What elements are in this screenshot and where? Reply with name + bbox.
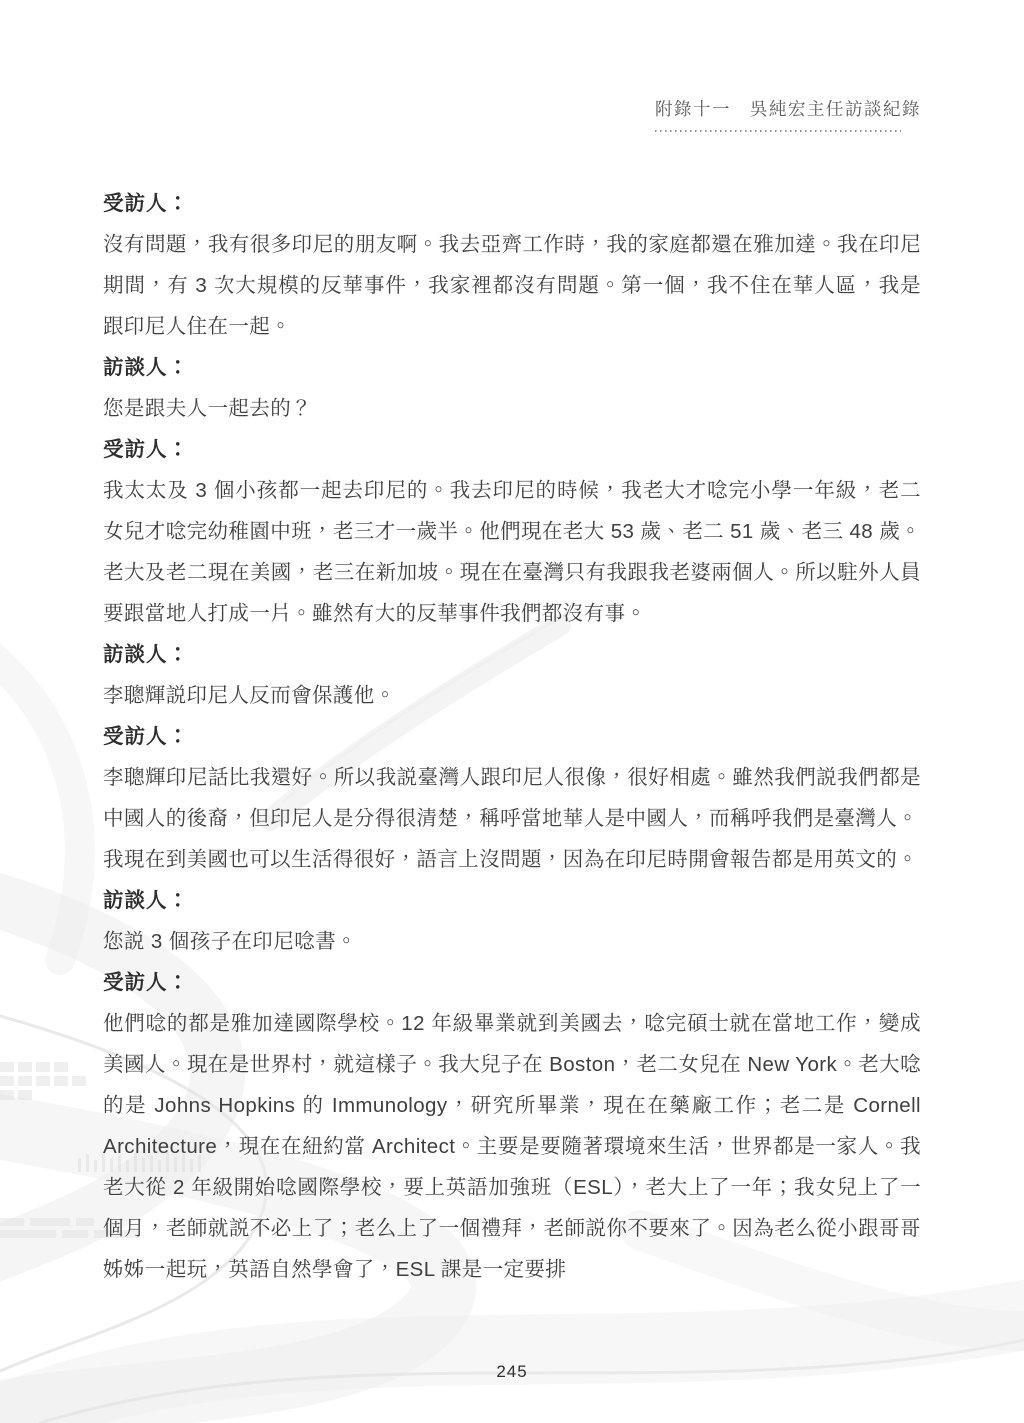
- dialogue-turn: 受訪人： 沒有問題，我有很多印尼的朋友啊。我去亞齊工作時，我的家庭都還在雅加達。…: [103, 183, 921, 347]
- dialogue-paragraph: 我太太及 3 個小孩都一起去印尼的。我去印尼的時候，我老大才唸完小學一年級，老二…: [103, 470, 921, 634]
- dialogue-turn: 訪談人： 李聰輝説印尼人反而會保護他。: [103, 634, 921, 716]
- dialogue-turn: 訪談人： 您是跟夫人一起去的？: [103, 347, 921, 429]
- dialogue-paragraph: 李聰輝説印尼人反而會保護他。: [103, 675, 921, 716]
- dialogue-turn: 受訪人： 他們唸的都是雅加達國際學校。12 年級畢業就到美國去，唸完碩士就在當地…: [103, 962, 921, 1290]
- transcript-body: 受訪人： 沒有問題，我有很多印尼的朋友啊。我去亞齊工作時，我的家庭都還在雅加達。…: [103, 183, 921, 1290]
- dialogue-paragraph: 我現在到美國也可以生活得很好，語言上沒問題，因為在印尼時開會報告都是用英文的。: [103, 839, 921, 880]
- dialogue-paragraph: 李聰輝印尼話比我還好。所以我説臺灣人跟印尼人很像，很好相處。雖然我們説我們都是中…: [103, 757, 921, 839]
- dialogue-paragraph: 您是跟夫人一起去的？: [103, 388, 921, 429]
- chapter-title: 附錄十一 吳純宏主任訪談紀錄: [655, 96, 921, 121]
- page-number: 245: [0, 1362, 1024, 1382]
- speaker-label: 受訪人：: [103, 962, 921, 1003]
- dialogue-paragraph: 沒有問題，我有很多印尼的朋友啊。我去亞齊工作時，我的家庭都還在雅加達。我在印尼期…: [103, 224, 921, 347]
- dialogue-turn: 受訪人： 李聰輝印尼話比我還好。所以我説臺灣人跟印尼人很像，很好相處。雖然我們説…: [103, 716, 921, 880]
- speaker-label: 訪談人：: [103, 880, 921, 921]
- speaker-label: 受訪人：: [103, 429, 921, 470]
- running-header: 附錄十一 吳純宏主任訪談紀錄: [655, 96, 921, 132]
- speaker-label: 訪談人：: [103, 634, 921, 675]
- dotted-rule: [655, 130, 901, 132]
- dialogue-turn: 受訪人： 我太太及 3 個小孩都一起去印尼的。我去印尼的時候，我老大才唸完小學一…: [103, 429, 921, 634]
- speaker-label: 受訪人：: [103, 183, 921, 224]
- dialogue-turn: 訪談人： 您説 3 個孩子在印尼唸書。: [103, 880, 921, 962]
- speaker-label: 訪談人：: [103, 347, 921, 388]
- document-page: 附錄十一 吳純宏主任訪談紀錄 受訪人： 沒有問題，我有很多印尼的朋友啊。我去亞齊…: [0, 0, 1024, 1423]
- speaker-label: 受訪人：: [103, 716, 921, 757]
- dialogue-paragraph: 您説 3 個孩子在印尼唸書。: [103, 921, 921, 962]
- dialogue-paragraph: 他們唸的都是雅加達國際學校。12 年級畢業就到美國去，唸完碩士就在當地工作，變成…: [103, 1003, 921, 1290]
